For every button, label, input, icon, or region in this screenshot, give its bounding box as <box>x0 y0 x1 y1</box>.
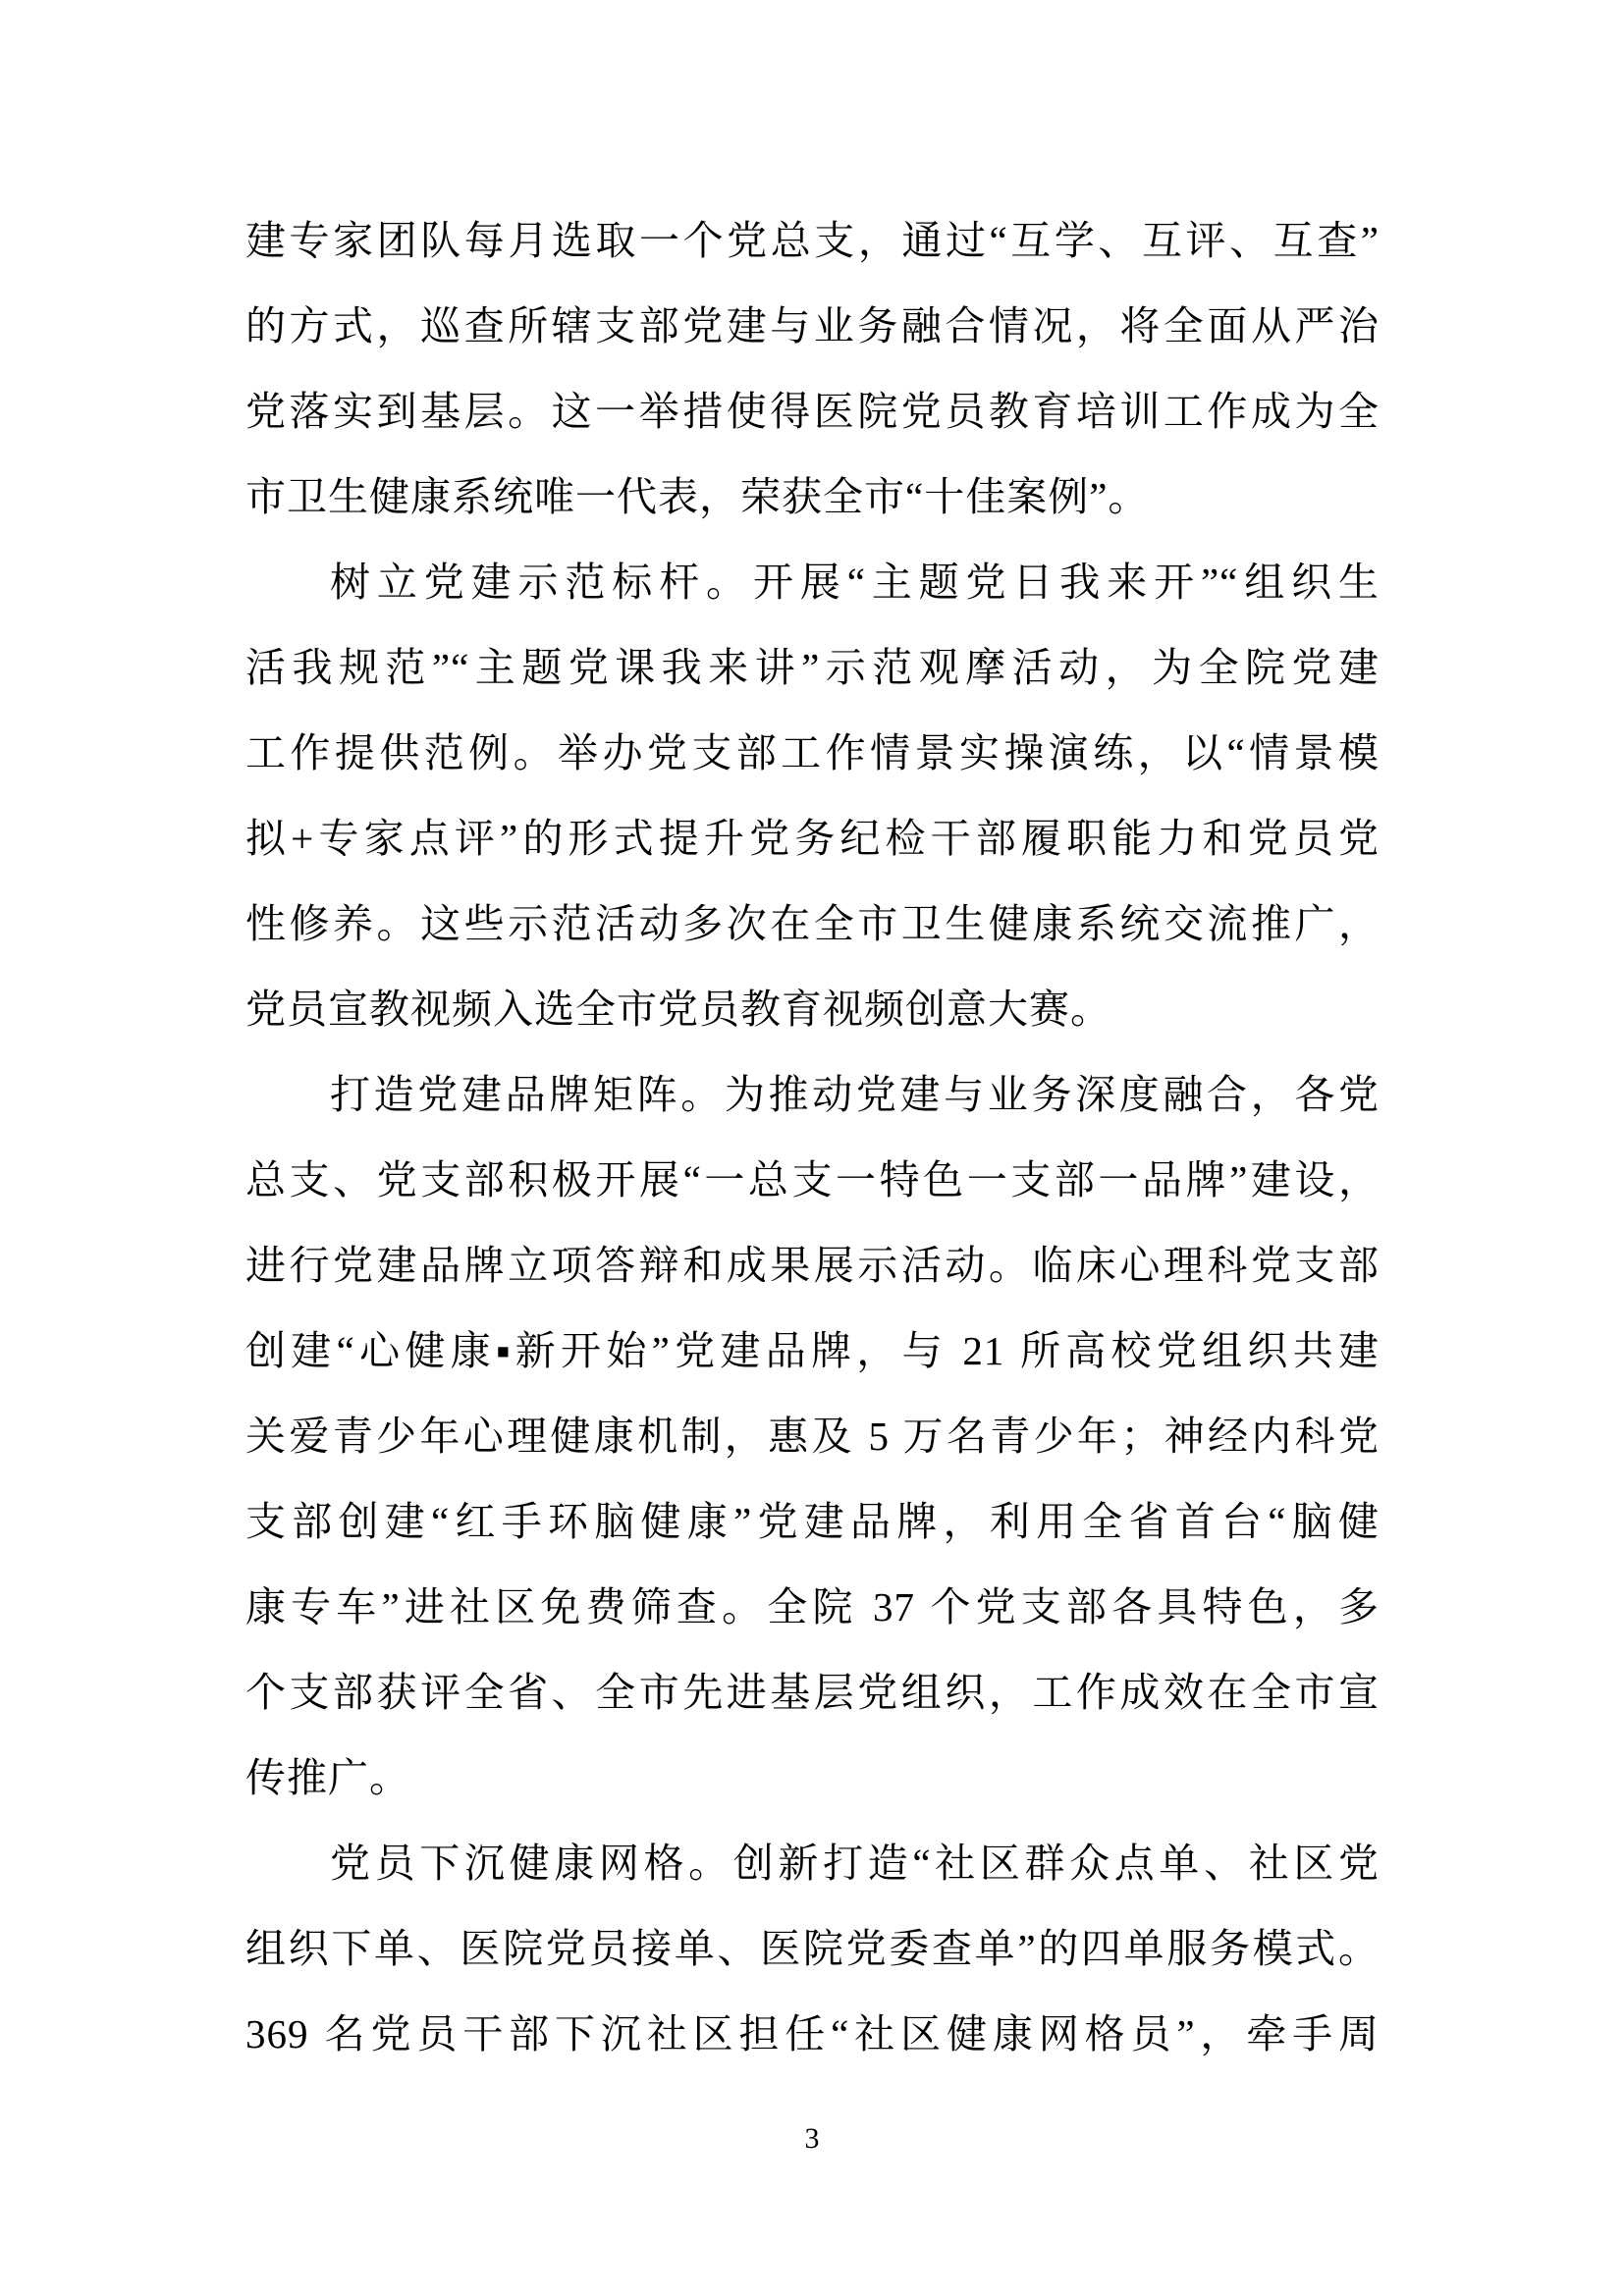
text-line: 市卫生健康系统唯一代表，荣获全市“十佳案例”。 <box>245 454 1380 540</box>
body-text: 建专家团队每月选取一个党总支，通过“互学、互评、互查” 的方式，巡查所辖支部党建… <box>245 198 1380 2077</box>
text-line: 关爱青少年心理健康机制，惠及 5 万名青少年；神经内科党 <box>245 1394 1380 1479</box>
text-line: 活我规范”“主题党课我来讲”示范观摩活动，为全院党建 <box>245 625 1380 711</box>
page-number: 3 <box>805 2122 820 2155</box>
text-line: 树立党建示范标杆。开展“主题党日我来开”“组织生 <box>245 540 1380 625</box>
text-line: 工作提供范例。举办党支部工作情景实操演练，以“情景模 <box>245 711 1380 796</box>
text-line: 支部创建“红手环脑健康”党建品牌，利用全省首台“脑健 <box>245 1479 1380 1565</box>
page-footer: 3 <box>0 2123 1624 2155</box>
text-line: 建专家团队每月选取一个党总支，通过“互学、互评、互查” <box>245 198 1380 284</box>
text-line: 拟+专家点评”的形式提升党务纪检干部履职能力和党员党 <box>245 796 1380 881</box>
text-line: 组织下单、医院党员接单、医院党委查单”的四单服务模式。 <box>245 1906 1380 1992</box>
text-line: 总支、党支部积极开展“一总支一特色一支部一品牌”建设， <box>245 1138 1380 1223</box>
text-line: 创建“心健康▪新开始”党建品牌，与 21 所高校党组织共建 <box>245 1308 1380 1394</box>
text-line: 党员宣教视频入选全市党员教育视频创意大赛。 <box>245 967 1380 1052</box>
text-line: 打造党建品牌矩阵。为推动党建与业务深度融合，各党 <box>245 1052 1380 1138</box>
text-line: 传推广。 <box>245 1735 1380 1821</box>
text-line: 进行党建品牌立项答辩和成果展示活动。临床心理科党支部 <box>245 1223 1380 1308</box>
text-line: 党落实到基层。这一举措使得医院党员教育培训工作成为全 <box>245 369 1380 454</box>
text-line: 个支部获评全省、全市先进基层党组织，工作成效在全市宣 <box>245 1650 1380 1735</box>
text-line: 康专车”进社区免费筛查。全院 37 个党支部各具特色，多 <box>245 1565 1380 1650</box>
text-line: 369 名党员干部下沉社区担任“社区健康网格员”，牵手周 <box>245 1992 1380 2077</box>
document-page: 建专家团队每月选取一个党总支，通过“互学、互评、互查” 的方式，巡查所辖支部党建… <box>0 0 1624 2296</box>
text-line: 性修养。这些示范活动多次在全市卫生健康系统交流推广， <box>245 881 1380 967</box>
text-line: 党员下沉健康网格。创新打造“社区群众点单、社区党 <box>245 1821 1380 1906</box>
text-line: 的方式，巡查所辖支部党建与业务融合情况，将全面从严治 <box>245 284 1380 369</box>
